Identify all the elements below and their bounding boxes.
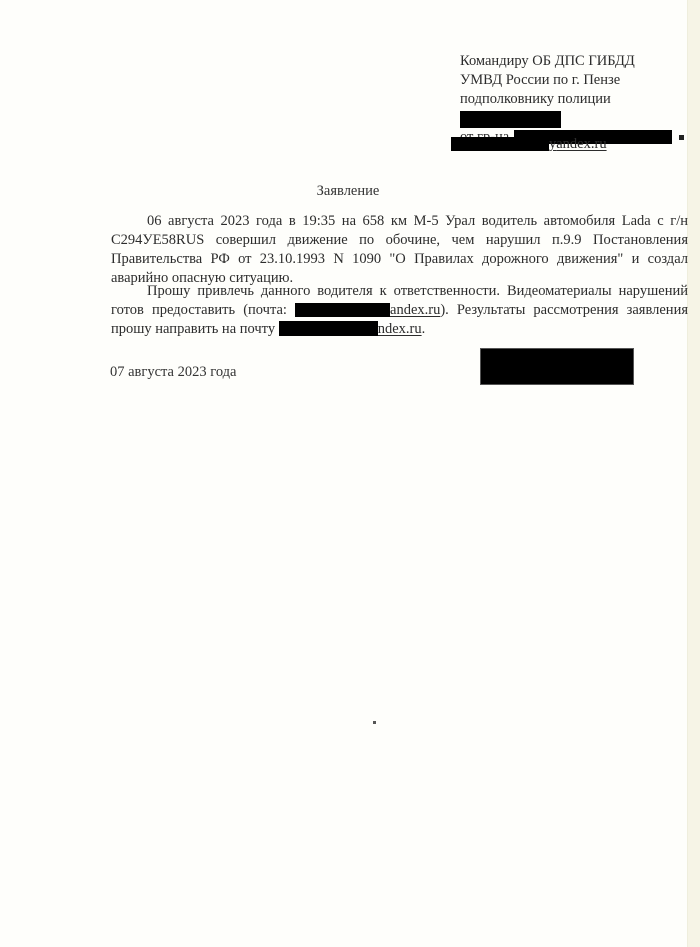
redacted-addressee-name bbox=[460, 111, 561, 128]
addressee-line-1: Командиру ОБ ДПС ГИБДД bbox=[460, 52, 672, 71]
paragraph-incident: 06 августа 2023 года в 19:35 на 658 км М… bbox=[111, 212, 688, 288]
sender-email-line: yandex.ru bbox=[451, 135, 607, 154]
redacted-email-2 bbox=[279, 321, 378, 336]
scan-speck bbox=[373, 721, 376, 724]
document-date: 07 августа 2023 года bbox=[110, 364, 236, 381]
scan-mark bbox=[679, 135, 684, 140]
paragraph-request-text: Прошу привлечь данного водителя к ответс… bbox=[111, 282, 688, 339]
redacted-signature bbox=[480, 348, 634, 385]
sender-email-link[interactable]: yandex.ru bbox=[549, 136, 607, 152]
addressee-name-line bbox=[460, 109, 672, 128]
redacted-sender-email bbox=[451, 137, 549, 151]
addressee-block: Командиру ОБ ДПС ГИБДД УМВД России по г.… bbox=[460, 52, 672, 147]
addressee-line-3: подполковнику полиции bbox=[460, 90, 672, 109]
email-domain: andex.ru bbox=[556, 136, 606, 152]
document-title: Заявление bbox=[317, 183, 380, 199]
paper-edge bbox=[687, 0, 700, 947]
addressee-line-2: УМВД России по г. Пензе bbox=[460, 71, 672, 90]
request-text-part-3: . bbox=[422, 321, 426, 337]
email-link-1[interactable]: andex.ru bbox=[390, 302, 440, 318]
paragraph-incident-text: 06 августа 2023 года в 19:35 на 658 км М… bbox=[111, 212, 688, 288]
paragraph-request: Прошу привлечь данного водителя к ответс… bbox=[111, 282, 688, 339]
redacted-email-1 bbox=[295, 303, 390, 317]
email-link-2[interactable]: ndex.ru bbox=[378, 321, 422, 337]
document-title-wrap: Заявление bbox=[0, 183, 700, 200]
